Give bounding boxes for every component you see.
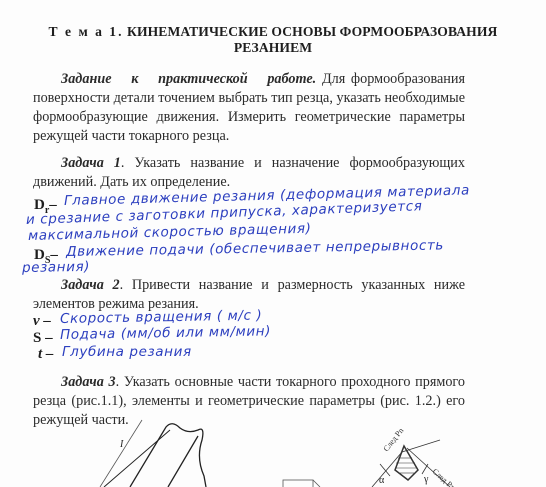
figures-drawing: I След Pn След Pτ α γ bbox=[0, 0, 546, 487]
fig-rect-mid bbox=[283, 480, 313, 487]
document-page: Т е м а 1. КИНЕМАТИЧЕСКИЕ ОСНОВЫ ФОРМООБ… bbox=[0, 0, 546, 487]
fig1-label-I: I bbox=[119, 439, 124, 450]
fig2-label-gamma: γ bbox=[423, 474, 429, 485]
cutter-figure bbox=[100, 420, 206, 487]
fig2-label-top: След Pn bbox=[381, 426, 405, 453]
fig2-label-alpha: α bbox=[379, 475, 385, 486]
fig2-label-right: След Pτ bbox=[431, 467, 457, 487]
